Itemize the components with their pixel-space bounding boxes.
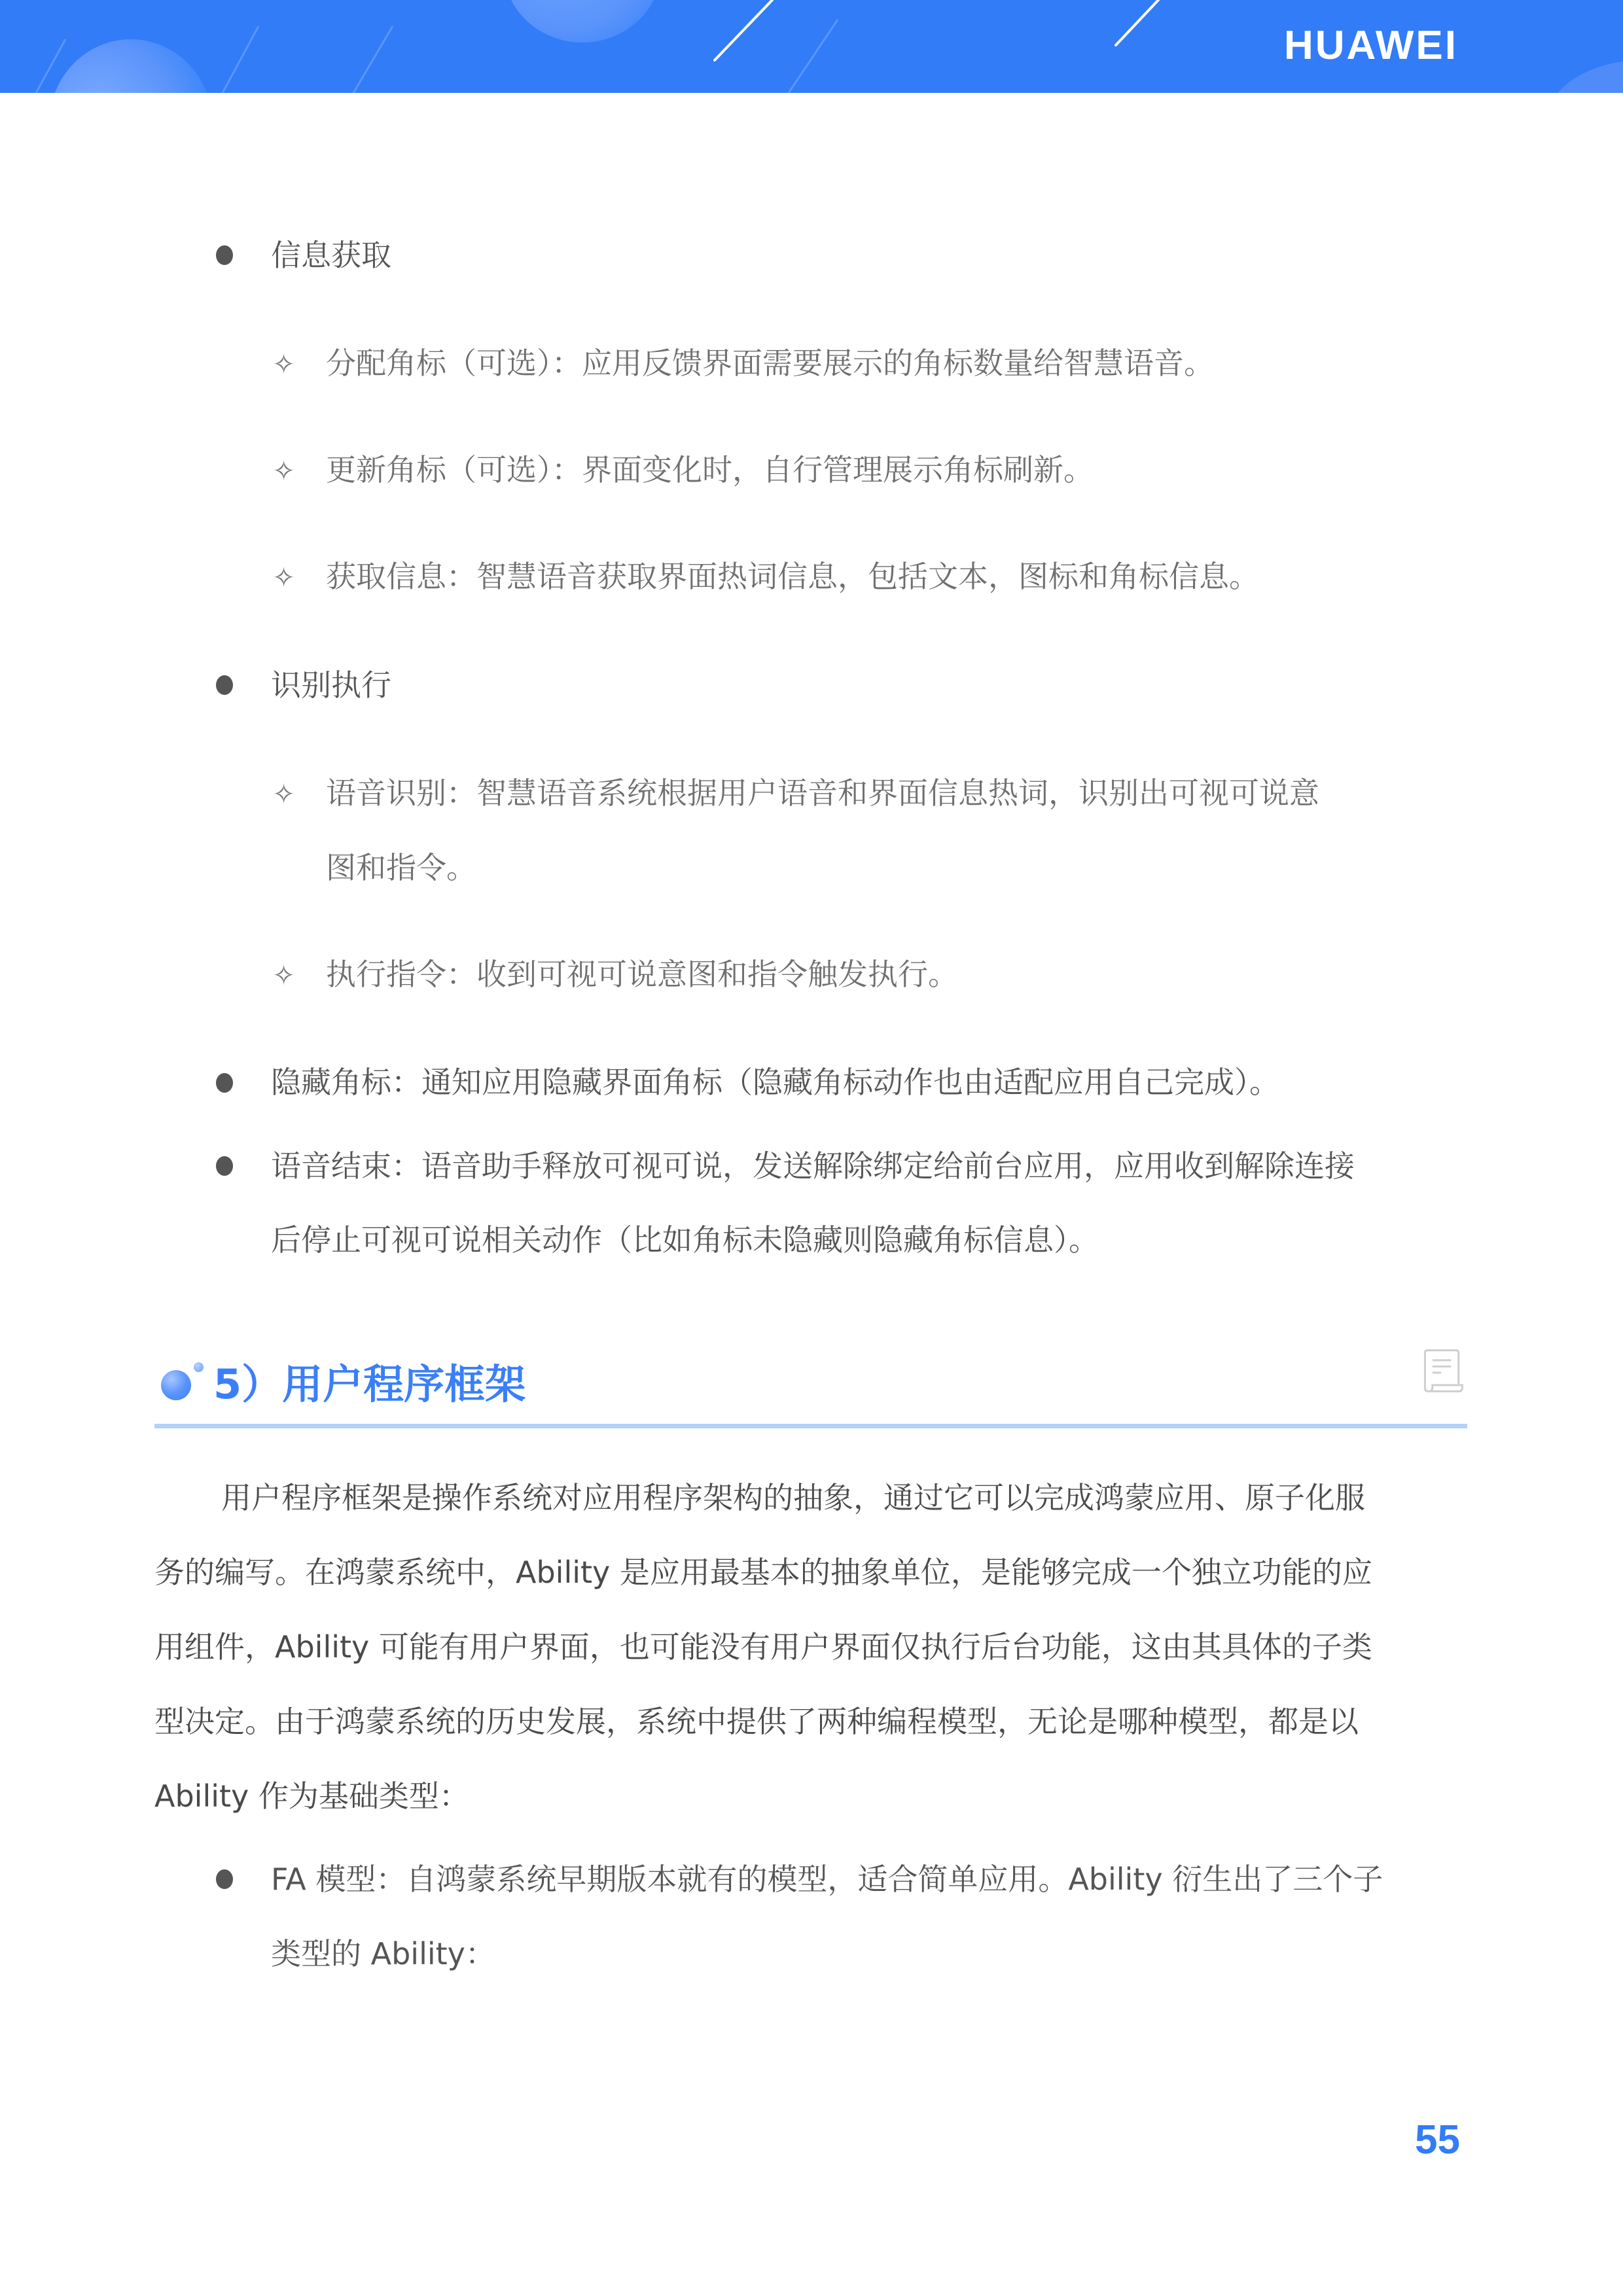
paragraph-line: 型决定。由于鸿蒙系统的历史发展，系统中提供了两种编程模型，无论是哪种模型，都是以 (154, 1702, 1359, 1741)
list-item: FA 模型：自鸿蒙系统早期版本就有的模型，适合简单应用。Ability 衍生出了… (271, 1860, 1383, 1899)
list-item-continuation: 后停止可视可说相关动作（比如角标未隐藏则隐藏角标信息）。 (271, 1220, 1099, 1260)
bullet-dot-icon (216, 245, 233, 265)
brand-logo-text: HUAWEI (1284, 26, 1458, 65)
bullet-dot-icon (216, 1073, 233, 1093)
sub-list-item: 分配角标（可选）：应用反馈界面需要展示的角标数量给智慧语音。 (326, 344, 1214, 383)
list-item-title: 信息获取 (271, 236, 391, 275)
diamond-bullet-icon: ✧ (272, 558, 295, 597)
list-item: 隐藏角标：通知应用隐藏界面角标（隐藏角标动作也由适配应用自己完成）。 (271, 1063, 1279, 1102)
bullet-dot-icon (216, 675, 233, 695)
list-item: 语音结束：语音助手释放可视可说，发送解除绑定给前台应用，应用收到解除连接 (271, 1146, 1355, 1186)
bullet-dot-icon (216, 1869, 233, 1889)
sub-list-item: 执行指令：收到可视可说意图和指令触发执行。 (326, 955, 958, 994)
section-divider (154, 1424, 1467, 1428)
section-heading: 5）用户程序框架 (154, 1345, 1467, 1430)
orb-bullet-icon (194, 1362, 204, 1372)
orb-bullet-icon (161, 1370, 191, 1400)
diamond-bullet-icon: ✧ (272, 451, 295, 491)
list-item-title: 识别执行 (271, 665, 391, 705)
sub-list-item: 获取信息：智慧语音获取界面热词信息，包括文本，图标和角标信息。 (326, 557, 1259, 596)
paragraph-line: 用组件，Ability 可能有用户界面，也可能没有用户界面仅执行后台功能，这由其… (154, 1627, 1372, 1667)
paragraph-line: Ability 作为基础类型： (154, 1776, 469, 1816)
page-header-banner: HUAWEI (0, 0, 1623, 93)
list-item-continuation: 类型的 Ability： (271, 1934, 495, 1973)
paragraph-line: 务的编写。在鸿蒙系统中，Ability 是应用最基本的抽象单位，是能够完成一个独… (154, 1553, 1372, 1592)
section-title: 5）用户程序框架 (213, 1358, 526, 1411)
paragraph-line: 用户程序框架是操作系统对应用程序架构的抽象，通过它可以完成鸿蒙应用、原子化服 (221, 1478, 1365, 1517)
diamond-bullet-icon: ✧ (272, 345, 295, 384)
diamond-bullet-icon: ✧ (272, 956, 295, 995)
document-scroll-icon (1418, 1347, 1467, 1396)
bullet-dot-icon (216, 1156, 233, 1176)
diamond-bullet-icon: ✧ (272, 775, 295, 814)
page-number: 55 (1415, 2117, 1460, 2163)
sub-list-item: 更新角标（可选）：界面变化时，自行管理展示角标刷新。 (326, 450, 1094, 489)
sub-list-item: 语音识别：智慧语音系统根据用户语音和界面信息热词，识别出可视可说意 (326, 773, 1319, 813)
sub-list-item-continuation: 图和指令。 (326, 848, 476, 887)
